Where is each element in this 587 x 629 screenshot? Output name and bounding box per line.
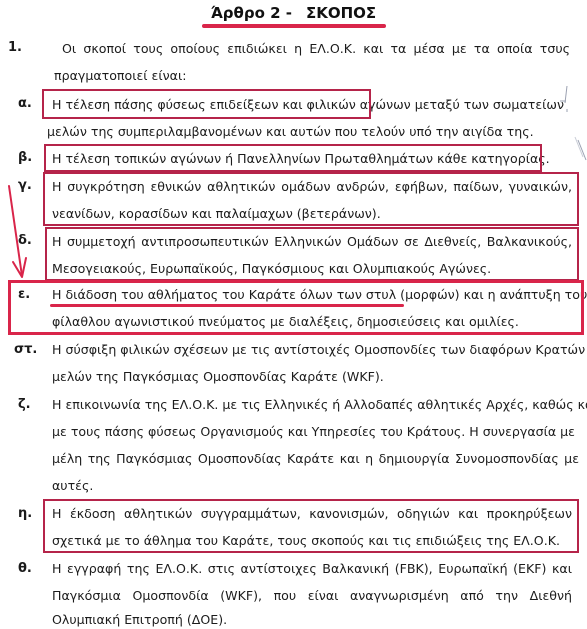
- item-th-line-3: Ολυμπιακή Επιτροπή (ΔΟΕ).: [52, 612, 227, 628]
- section-number: 1.: [8, 40, 22, 56]
- item-b-highlight-box: [44, 144, 542, 172]
- article-title: Άρθρο 2 -ΣΚΟΠΟΣ: [0, 4, 587, 22]
- item-e-emphasis-box: [8, 280, 584, 335]
- item-label-a: α.: [18, 96, 32, 112]
- item-z-line-1: Η επικοινωνία της ΕΛ.Ο.Κ. με τις Ελληνικ…: [52, 397, 587, 413]
- item-label-c: γ.: [18, 178, 32, 194]
- item-th-line-2: Παγκόσμια Ομοσπονδία (WKF), που είναι αν…: [52, 588, 572, 604]
- item-label-st: στ.: [14, 342, 37, 358]
- item-z-line-2: με τους πάσης φύσεως Οργανισμούς και Υπη…: [52, 424, 575, 440]
- item-z-line-4: αυτές.: [52, 478, 93, 494]
- item-label-z: ζ.: [18, 397, 31, 413]
- item-a-highlight-box: [42, 89, 371, 119]
- item-label-th: θ.: [18, 561, 32, 577]
- title-underline-mark: [202, 24, 386, 28]
- item-a-line-2: μελών της συμπεριλαμβανομένων και αυτών …: [47, 124, 534, 140]
- item-label-b: β.: [18, 150, 32, 166]
- item-a-rest: μεταξύ των σωματείων: [415, 97, 564, 112]
- item-label-d: δ.: [18, 233, 32, 249]
- item-d-highlight-box: [45, 227, 579, 281]
- item-h-highlight-box: [43, 499, 579, 553]
- arrow-down-icon: [9, 186, 26, 277]
- item-th-line-1: Η εγγραφή της ΕΛ.Ο.Κ. στις αντίστοιχες Β…: [52, 561, 572, 577]
- article-title-main: ΣΚΟΠΟΣ: [306, 4, 376, 22]
- intro-line-2: πραγματοποιεί είναι:: [54, 68, 186, 84]
- item-c-highlight-box: [43, 172, 579, 226]
- item-label-h: η.: [18, 506, 32, 522]
- article-title-prefix: Άρθρο 2 -: [211, 4, 292, 22]
- item-st-line-1: Η σύσφιξη φιλικών σχέσεων με τις αντίστο…: [52, 342, 585, 358]
- item-st-line-2: μελών της Παγκόσμιας Ομοσπονδίας Καράτε …: [52, 369, 384, 385]
- item-z-line-3: μέλη της Παγκόσμιας Ομοσπονδίας Καράτε κ…: [52, 451, 579, 467]
- intro-line-1: Οι σκοποί τους οποίους επιδιώκει η ΕΛ.Ο.…: [62, 41, 570, 57]
